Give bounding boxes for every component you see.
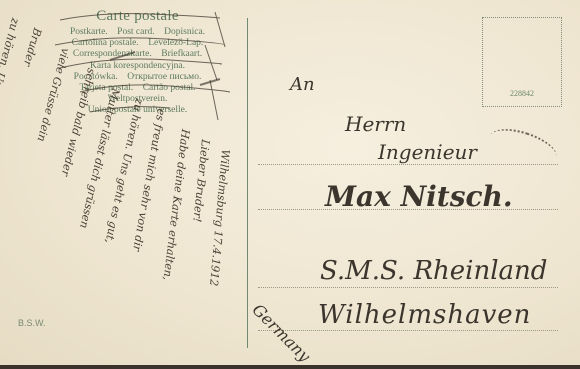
address-line-1 xyxy=(258,164,558,165)
center-divider xyxy=(247,18,248,348)
scan-edge xyxy=(0,365,580,369)
address-line-3 xyxy=(258,287,558,288)
serial-number: 228842 xyxy=(483,89,561,98)
recipient-name: Max Nitsch. xyxy=(325,180,513,213)
address-line2: Ingenieur xyxy=(378,140,477,164)
postcard-back: Carte postale Postkarte. Post card. Dopi… xyxy=(0,0,580,365)
publisher-mark: B.S.W. xyxy=(18,318,46,328)
address-city: Wilhelmshaven xyxy=(318,300,531,330)
address-salutation: An xyxy=(290,74,315,95)
address-ship: S.M.S. Rheinland xyxy=(320,256,547,286)
stamp-placeholder-box: 228842 xyxy=(482,17,562,107)
address-line-4 xyxy=(258,330,558,331)
address-line1: Herrn xyxy=(345,112,406,136)
